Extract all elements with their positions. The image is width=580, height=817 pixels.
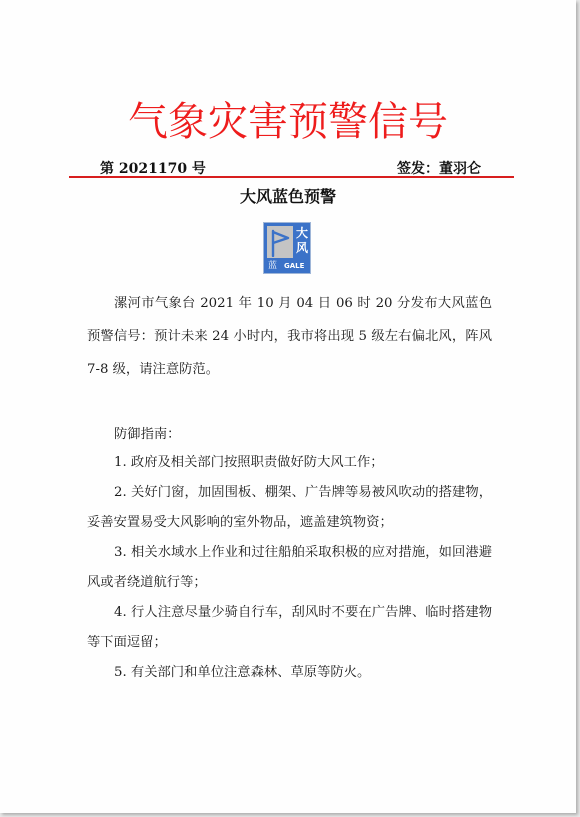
guide-heading-block: 防御指南： bbox=[87, 418, 492, 451]
document-number: 第 2021170 号 bbox=[100, 161, 206, 177]
signer: 签发：董羽仑 bbox=[397, 161, 481, 177]
guide-item: 1. 政府及相关部门按照职责做好防大风工作； bbox=[87, 448, 492, 478]
intro-text: 漯河市气象台 2021 年 10 月 04 日 06 时 20 分发布大风蓝色预… bbox=[87, 287, 492, 386]
document-title: 气象灾害预警信号 bbox=[0, 97, 576, 147]
gale-blue-warning-icon: 大 风 蓝 GALE bbox=[263, 222, 311, 274]
icon-char-bottom: 风 bbox=[295, 241, 309, 256]
intro-paragraph: 漯河市气象台 2021 年 10 月 04 日 06 时 20 分发布大风蓝色预… bbox=[87, 287, 492, 386]
flag-icon bbox=[269, 229, 291, 257]
guide-heading: 防御指南： bbox=[87, 418, 492, 451]
icon-level-label: 蓝 bbox=[268, 261, 277, 271]
document-page: 气象灾害预警信号 第 2021170 号 签发：董羽仑 大风蓝色预警 大 风 蓝… bbox=[0, 0, 576, 813]
guide-list: 1. 政府及相关部门按照职责做好防大风工作； 2. 关好门窗，加固围板、棚架、广… bbox=[87, 448, 492, 688]
guide-item: 4. 行人注意尽量少骑自行车，刮风时不要在广告牌、临时搭建物等下面逗留； bbox=[87, 598, 492, 658]
icon-chars: 大 风 bbox=[295, 226, 309, 256]
red-divider bbox=[69, 176, 514, 178]
guide-item: 2. 关好门窗，加固围板、棚架、广告牌等易被风吹动的搭建物，妥善安置易受大风影响… bbox=[87, 478, 492, 538]
icon-char-top: 大 bbox=[295, 226, 309, 241]
guide-item: 5. 有关部门和单位注意森林、草原等防火。 bbox=[87, 658, 492, 688]
guide-item: 3. 相关水域水上作业和过往船舶采取积极的应对措施，如回港避风或者绕道航行等； bbox=[87, 538, 492, 598]
warning-subtitle: 大风蓝色预警 bbox=[0, 187, 576, 207]
icon-english-label: GALE bbox=[284, 262, 304, 271]
